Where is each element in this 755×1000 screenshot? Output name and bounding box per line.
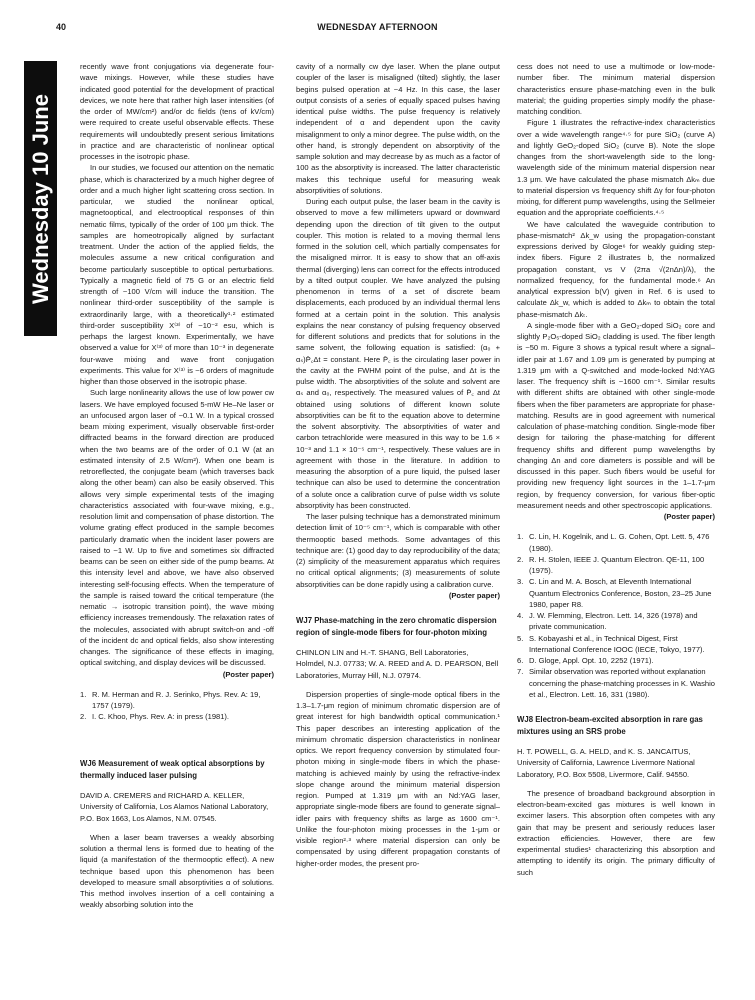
column-1: recently wave front conjugations via deg… [80, 61, 274, 911]
paragraph: During each output pulse, the laser beam… [296, 196, 500, 511]
poster-paper-label: (Poster paper) [449, 590, 500, 601]
paragraph: Such large nonlinearity allows the use o… [80, 387, 274, 668]
paragraph: The laser pulsing technique has a demons… [296, 511, 500, 590]
paragraph: cavity of a normally cw dye laser. When … [296, 61, 500, 196]
section-title: WEDNESDAY AFTERNOON [0, 22, 755, 32]
paragraph: A single-mode fiber with a GeO₂-doped Si… [517, 320, 715, 511]
reference-list: 1.R. M. Herman and R. J. Serinko, Phys. … [80, 689, 274, 723]
paragraph: In our studies, we focused our attention… [80, 162, 274, 387]
reference-item: 7.Similar observation was reported witho… [517, 666, 715, 700]
running-head: 40 WEDNESDAY AFTERNOON [0, 22, 755, 36]
poster-paper-label: (Poster paper) [664, 511, 715, 522]
reference-item: 2.I. C. Khoo, Phys. Rev. A: in press (19… [80, 711, 274, 722]
poster-paper-label: (Poster paper) [223, 669, 274, 680]
abstract-title-wj8: WJ8 Electron-beam-excited absorption in … [517, 714, 715, 737]
side-tab-date: Wednesday 10 June [24, 61, 57, 336]
abstract-title-wj6: WJ6 Measurement of weak optical absorpti… [80, 758, 274, 781]
reference-item: 6.D. Gloge, Appl. Opt. 10, 2252 (1971). [517, 655, 715, 666]
column-3: cess does not need to use a multimode or… [517, 61, 715, 878]
abstract-body-wj6: When a laser beam traverses a weakly abs… [80, 832, 274, 911]
reference-list: 1.C. Lin, H. Kogelnik, and L. G. Cohen, … [517, 531, 715, 700]
reference-item: 4.J. W. Flemming, Electron. Lett. 14, 32… [517, 610, 715, 633]
abstract-authors-wj7: CHINLON LIN and H.-T. SHANG, Bell Labora… [296, 647, 500, 681]
abstract-authors-wj6: DAVID A. CREMERS and RICHARD A. KELLER, … [80, 790, 274, 824]
abstract-body-wj8: The presence of broadband background abs… [517, 788, 715, 878]
column-2: cavity of a normally cw dye laser. When … [296, 61, 500, 869]
paragraph: We have calculated the waveguide contrib… [517, 219, 715, 320]
paragraph: Figure 1 illustrates the refractive-inde… [517, 117, 715, 218]
abstract-authors-wj8: H. T. POWELL, G. A. HELD, and K. S. JANC… [517, 746, 715, 780]
reference-item: 2.R. H. Stolen, IEEE J. Quantum Electron… [517, 554, 715, 577]
side-tab-label: Wednesday 10 June [28, 94, 54, 304]
reference-item: 3.C. Lin and M. A. Bosch, at Eleventh In… [517, 576, 715, 610]
abstract-body-wj7: Dispersion properties of single-mode opt… [296, 689, 500, 869]
abstract-title-wj7: WJ7 Phase-matching in the zero chromatic… [296, 615, 500, 638]
reference-item: 1.C. Lin, H. Kogelnik, and L. G. Cohen, … [517, 531, 715, 554]
paragraph: recently wave front conjugations via deg… [80, 61, 274, 162]
paragraph: cess does not need to use a multimode or… [517, 61, 715, 117]
reference-item: 1.R. M. Herman and R. J. Serinko, Phys. … [80, 689, 274, 712]
reference-item: 5.S. Kobayashi et al., in Technical Dige… [517, 633, 715, 656]
